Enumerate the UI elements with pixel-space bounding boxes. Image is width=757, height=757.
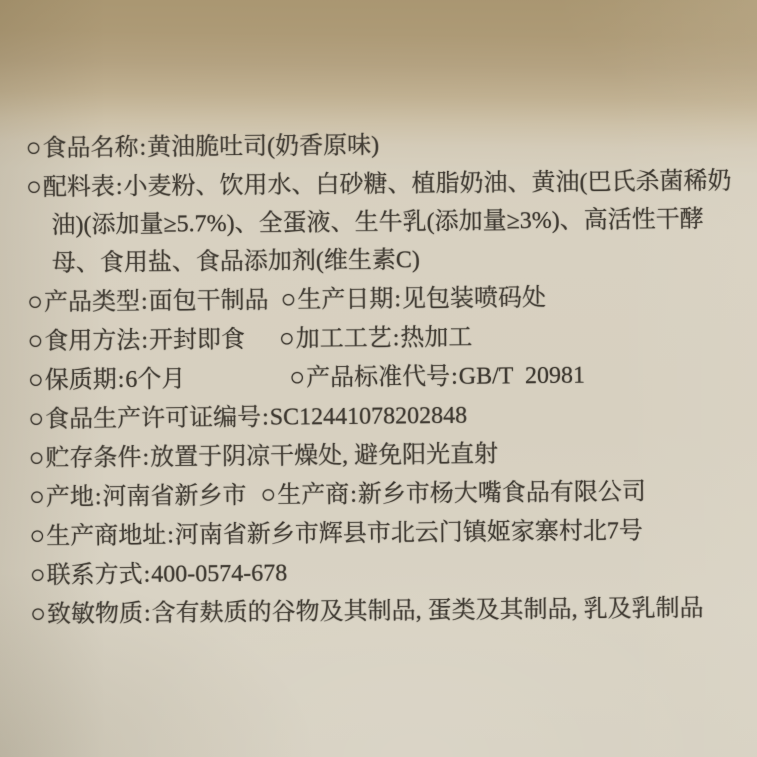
field-value: 6个月 (125, 366, 185, 393)
field-label: 食品生产许可证编号 (45, 405, 261, 433)
field-value: 黄油脆吐司(奶香原味) (147, 133, 379, 161)
label-field: ○生产商:新乡市杨大嘴食品有限公司 (260, 479, 646, 509)
label-row: ○保质期:6个月○产品标准代号:GB/T 20981 (28, 354, 740, 400)
field-value: 小麦粉、饮用水、白砂糖、植脂奶油、黄油(巴氏杀菌稀奶油)(添加量≥5.7%)、全… (51, 168, 731, 277)
field-label: 产品标准代号 (306, 364, 450, 391)
label-row: ○联系方式:400-0574-678 (30, 549, 742, 595)
label-field: ○贮存条件:放置于阴凉干燥处, 避免阳光直射 (29, 441, 499, 472)
label-field: ○产品类型:面包干制品 (27, 288, 269, 316)
field-value: 见包装喷码处 (402, 285, 546, 312)
field-value: 放置于阴凉干燥处, 避免阳光直射 (150, 441, 498, 470)
product-info-label: ○食品名称:黄油脆吐司(奶香原味)○配料表:小麦粉、饮用水、白砂糖、植脂奶油、黄… (26, 122, 743, 634)
label-row: ○食品生产许可证编号:SC12441078202848 (28, 393, 740, 439)
field-colon: : (450, 364, 459, 390)
field-colon: : (349, 482, 358, 508)
label-field: ○食品名称:黄油脆吐司(奶香原味) (26, 133, 380, 162)
field-label: 食品名称 (42, 135, 138, 162)
label-row: ○产地:河南省新乡市○生产商:新乡市杨大嘴食品有限公司 (29, 471, 741, 517)
field-label: 产地 (46, 484, 94, 510)
field-label: 生产商 (277, 482, 349, 509)
circle-bullet-icon: ○ (29, 443, 45, 472)
label-field: ○产地:河南省新乡市 (29, 483, 247, 511)
field-colon: : (393, 286, 402, 312)
circle-bullet-icon: ○ (30, 599, 46, 628)
circle-bullet-icon: ○ (280, 284, 296, 313)
label-field: ○生产商地址:河南省新乡市辉县市北云门镇姬家寨村北7号 (29, 518, 643, 550)
field-label: 产品类型 (44, 289, 140, 316)
label-field: ○致敏物质:含有麸质的谷物及其制品, 蛋类及其制品, 乳及乳制品 (30, 596, 704, 628)
circle-bullet-icon: ○ (260, 480, 276, 509)
label-row: ○贮存条件:放置于阴凉干燥处, 避免阳光直射 (29, 432, 741, 478)
field-value: 含有麸质的谷物及其制品, 蛋类及其制品, 乳及乳制品 (152, 596, 704, 627)
label-row: ○生产商地址:河南省新乡市辉县市北云门镇姬家寨村北7号 (29, 510, 741, 556)
label-row: ○产品类型:面包干制品○生产日期:见包装喷码处 (27, 276, 739, 322)
field-value: 开封即食 (149, 327, 245, 354)
label-row: ○食品名称:黄油脆吐司(奶香原味) (26, 122, 738, 168)
label-row: ○食用方法:开封即食○加工工艺:热加工 (27, 315, 739, 361)
field-label: 贮存条件 (45, 445, 141, 472)
field-colon: : (392, 325, 401, 351)
circle-bullet-icon: ○ (28, 404, 44, 433)
package-photo: ○食品名称:黄油脆吐司(奶香原味)○配料表:小麦粉、饮用水、白砂糖、植脂奶油、黄… (0, 0, 757, 757)
label-field: ○食品生产许可证编号:SC12441078202848 (28, 403, 467, 433)
circle-bullet-icon: ○ (29, 521, 45, 550)
field-label: 联系方式 (46, 562, 142, 589)
label-field: ○联系方式:400-0574-678 (30, 561, 288, 589)
circle-bullet-icon: ○ (279, 323, 295, 352)
field-label: 生产日期 (297, 286, 393, 313)
field-value: GB/T 20981 (459, 363, 585, 390)
field-value: 400-0574-678 (151, 561, 287, 588)
field-value: 热加工 (400, 325, 472, 352)
field-label: 保质期 (45, 367, 117, 394)
field-value: 新乡市杨大嘴食品有限公司 (358, 479, 646, 508)
label-field: ○生产日期:见包装喷码处 (281, 285, 547, 314)
circle-bullet-icon: ○ (289, 362, 305, 391)
label-field: ○加工工艺:热加工 (279, 325, 473, 353)
field-label: 食用方法 (44, 328, 140, 355)
field-value: 河南省新乡市辉县市北云门镇姬家寨村北7号 (175, 518, 643, 548)
field-value: 河南省新乡市 (102, 483, 246, 510)
field-label: 致敏物质 (47, 601, 143, 628)
field-value: 面包干制品 (149, 288, 269, 315)
field-value: SC12441078202848 (270, 403, 468, 431)
label-field: ○产品标准代号:GB/T 20981 (289, 363, 585, 392)
circle-bullet-icon: ○ (27, 326, 43, 355)
label-row: ○致敏物质:含有麸质的谷物及其制品, 蛋类及其制品, 乳及乳制品 (30, 588, 742, 634)
field-label: 配料表 (43, 174, 115, 201)
field-label: 生产商地址 (46, 523, 166, 550)
label-field: ○配料表:小麦粉、饮用水、白砂糖、植脂奶油、黄油(巴氏杀菌稀奶油)(添加量≥5.… (26, 168, 732, 277)
circle-bullet-icon: ○ (29, 482, 45, 511)
label-field: ○保质期:6个月 (28, 366, 186, 394)
circle-bullet-icon: ○ (27, 287, 43, 316)
circle-bullet-icon: ○ (26, 133, 42, 162)
circle-bullet-icon: ○ (26, 172, 42, 201)
field-label: 加工工艺 (296, 326, 392, 353)
label-row: ○配料表:小麦粉、饮用水、白砂糖、植脂奶油、黄油(巴氏杀菌稀奶油)(添加量≥5.… (26, 161, 739, 283)
label-field: ○食用方法:开封即食 (27, 327, 245, 355)
circle-bullet-icon: ○ (30, 560, 46, 589)
circle-bullet-icon: ○ (28, 365, 44, 394)
